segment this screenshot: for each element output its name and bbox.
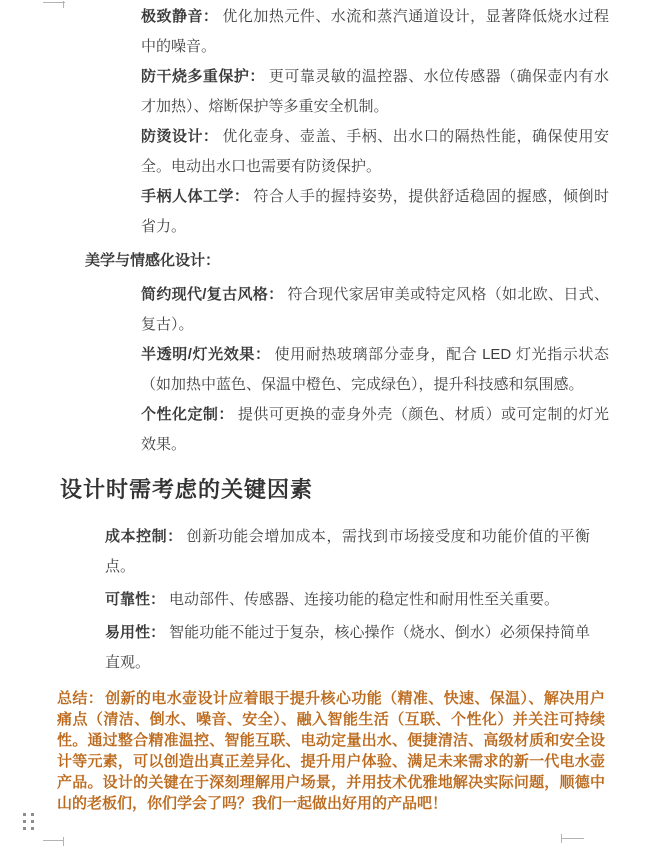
feature-list-safety: 极致静音：优化加热元件、水流和蒸汽通道设计，显著降低烧水过程中的噪音。 防干烧多…	[141, 2, 609, 242]
list-item: 成本控制：创新功能会增加成本，需找到市场接受度和功能价值的平衡点。	[105, 522, 590, 582]
item-text: 智能功能不能过于复杂，核心操作（烧水、倒水）必须保持简单直观。	[105, 624, 590, 671]
list-item: 半透明/灯光效果：使用耐热玻璃部分壶身，配合 LED 灯光指示状态（如加热中蓝色…	[141, 340, 609, 400]
list-item: 防干烧多重保护：更可靠灵敏的温控器、水位传感器（确保壶内有水才加热）、熔断保护等…	[141, 62, 609, 122]
list-item: 个性化定制：提供可更换的壶身外壳（颜色、材质）或可定制的灯光效果。	[141, 400, 609, 460]
item-term: 防烫设计：	[141, 128, 218, 145]
drag-handle-dots[interactable]	[23, 813, 26, 816]
aesthetics-section-label: 美学与情感化设计：	[85, 246, 609, 276]
text-boundary-mark-bottom-right	[561, 834, 585, 843]
item-term: 易用性：	[105, 624, 165, 641]
key-factors-list: 成本控制：创新功能会增加成本，需找到市场接受度和功能价值的平衡点。 可靠性：电动…	[105, 522, 590, 678]
item-term: 个性化定制：	[141, 406, 234, 423]
list-item: 防烫设计：优化壶身、壶盖、手柄、出水口的隔热性能，确保使用安全。电动出水口也需要…	[141, 122, 609, 182]
summary-term: 总结：	[57, 690, 103, 707]
list-item: 可靠性：电动部件、传感器、连接功能的稳定性和耐用性至关重要。	[105, 585, 590, 615]
text-boundary-mark-bottom-left	[43, 837, 65, 846]
list-item: 手柄人体工学：符合人手的握持姿势，提供舒适稳固的握感，倾倒时省力。	[141, 182, 609, 242]
list-item: 极致静音：优化加热元件、水流和蒸汽通道设计，显著降低烧水过程中的噪音。	[141, 2, 609, 62]
item-term: 极致静音：	[141, 8, 218, 25]
item-term: 手柄人体工学：	[141, 188, 249, 205]
document-page: 极致静音：优化加热元件、水流和蒸汽通道设计，显著降低烧水过程中的噪音。 防干烧多…	[0, 0, 661, 846]
item-term: 成本控制：	[105, 528, 183, 545]
item-term: 简约现代/复古风格：	[141, 286, 283, 303]
item-text: 电动部件、传感器、连接功能的稳定性和耐用性至关重要。	[169, 591, 559, 608]
feature-list-aesthetics: 简约现代/复古风格：符合现代家居审美或特定风格（如北欧、日式、复古）。 半透明/…	[141, 280, 609, 460]
item-term: 防干烧多重保护：	[141, 68, 265, 85]
item-term: 可靠性：	[105, 591, 165, 608]
item-term: 半透明/灯光效果：	[141, 346, 271, 363]
list-item: 易用性：智能功能不能过于复杂，核心操作（烧水、倒水）必须保持简单直观。	[105, 618, 590, 678]
document-content: 极致静音：优化加热元件、水流和蒸汽通道设计，显著降低烧水过程中的噪音。 防干烧多…	[57, 2, 609, 814]
summary-paragraph: 总结：创新的电水壶设计应着眼于提升核心功能（精准、快速、保温）、解决用户痛点（清…	[57, 688, 605, 814]
summary-text: 创新的电水壶设计应着眼于提升核心功能（精准、快速、保温）、解决用户痛点（清洁、倒…	[57, 690, 605, 812]
section-heading: 设计时需考虑的关键因素	[60, 474, 609, 506]
list-item: 简约现代/复古风格：符合现代家居审美或特定风格（如北欧、日式、复古）。	[141, 280, 609, 340]
